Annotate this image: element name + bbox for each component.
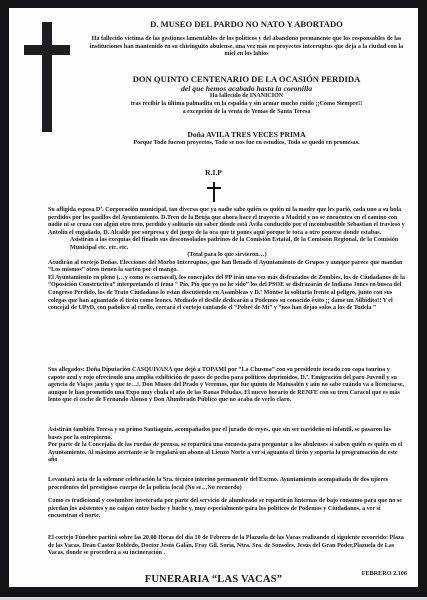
paragraph-route: El cortejo Fúnebre partirá sobre las 20,…	[48, 535, 406, 558]
paragraph-teresa: Asistirán también Teresa y su primo Sant…	[48, 427, 406, 442]
relatives-section: Sus allegados: Doña Diputación CASQUIVAN…	[48, 367, 406, 405]
paragraph-cortege: Acudirán al cortejo Doñas. Elecciones de…	[48, 260, 406, 275]
rip-label: R.I.P	[9, 168, 418, 177]
obituary-page: D. MUSEO DEL PARDO NO NATO Y ABORTADO Ha…	[9, 8, 418, 587]
funeral-home-signature: FUNERARIA “LAS VACAS”	[9, 574, 418, 585]
second-deceased-cause: Ha fallecido de INANICION	[84, 93, 409, 100]
attendees-section: Asistirán también Teresa y su primo Sant…	[48, 427, 406, 465]
paragraph-survey: Por parte de la Concejalía de las ruedas…	[48, 442, 406, 465]
minutes-section: Levantará acta de la solemne celebración…	[48, 477, 406, 492]
mourners-section-1: Su afligida esposa Dª. Corporación munic…	[48, 207, 406, 313]
third-deceased-block: Doña AVILA TRES VECES PRIMA Porque Todo …	[84, 130, 409, 148]
paragraph-spouse: Su afligida esposa Dª. Corporación munic…	[48, 207, 406, 237]
second-deceased-line2: a excepción de la venta de Yemas de Sant…	[84, 109, 409, 117]
paragraph-godparents-aside: (Total para lo que sirvieron…)	[48, 252, 406, 260]
large-cross-icon	[24, 22, 70, 132]
second-deceased-subtitle: del que hemos acabado hasta la coronilla	[84, 84, 409, 93]
route-section: El cortejo Fúnebre partirá sobre las 20,…	[48, 535, 406, 558]
third-deceased-line: Porque Todo fueron proyectos, Todo se no…	[84, 140, 409, 148]
second-deceased-line1: tras recibir la última palmadita en la e…	[84, 101, 409, 109]
lighting-section: Como es tradicional y costumbre invetera…	[48, 498, 406, 521]
paragraph-lighting: Como es tradicional y costumbre invetera…	[48, 498, 406, 521]
third-deceased-name: Doña AVILA TRES VECES PRIMA	[84, 130, 409, 140]
second-deceased-name: DON QUINTO CENTENARIO DE LA OCASIÓN PERD…	[84, 74, 409, 84]
paragraph-relatives: Sus allegados: Doña Diputación CASQUIVAN…	[48, 367, 406, 405]
first-deceased-intro: Ha fallecido víctima de las gestiones la…	[84, 36, 409, 59]
paragraph-godparents: Asistirán a las exequias del finado sus …	[48, 237, 406, 252]
paragraph-council: El Ayuntamiento en pleno (…y como es car…	[48, 275, 406, 313]
second-deceased-block: DON QUINTO CENTENARIO DE LA OCASIÓN PERD…	[84, 74, 409, 117]
small-cross-icon	[207, 182, 221, 202]
first-deceased-title: D. MUSEO DEL PARDO NO NATO Y ABORTADO	[84, 19, 409, 30]
paragraph-minutes: Levantará acta de la solemne celebración…	[48, 477, 406, 492]
first-deceased-block: D. MUSEO DEL PARDO NO NATO Y ABORTADO Ha…	[84, 19, 409, 59]
